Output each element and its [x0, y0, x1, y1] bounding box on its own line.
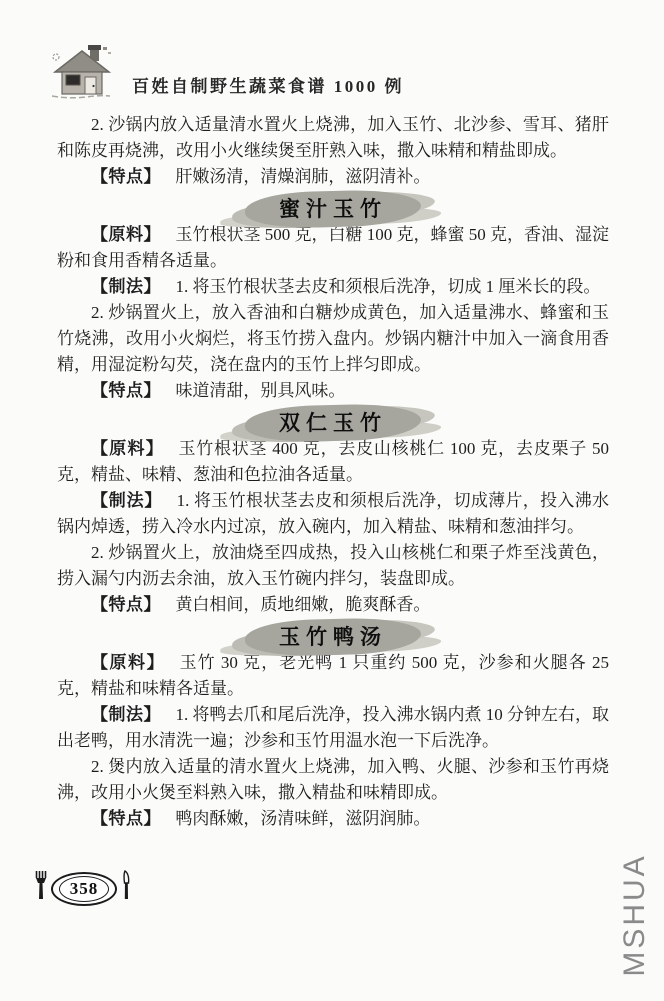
book-page: 百姓自制野生蔬菜食谱 1000 例 2. 沙锅内放入适量清水置火上烧沸，加入玉竹…	[0, 0, 664, 1001]
recipe-3-feature: 【特点】鸭肉酥嫩，汤清味鲜，滋阴润肺。	[57, 806, 609, 832]
feature-label: 【特点】	[91, 381, 161, 400]
recipe-title-yuzhu-yatang: 玉竹鸭汤	[57, 619, 609, 649]
method-label: 【制法】	[91, 277, 161, 296]
ingredients-label: 【原料】	[91, 439, 164, 458]
brush-stroke: 双仁玉竹	[245, 405, 421, 441]
page-content: 2. 沙锅内放入适量清水置火上烧沸，加入玉竹、北沙参、雪耳、猪肝和陈皮再烧沸，改…	[57, 112, 609, 832]
recipe-2-method-step-1: 【制法】1. 将玉竹根状茎去皮和须根后洗净，切成薄片，投入沸水锅内焯透，捞入冷水…	[57, 488, 609, 540]
method-label: 【制法】	[91, 491, 162, 510]
ingredients-label: 【原料】	[91, 225, 161, 244]
recipe-title-shuangren-yuzhu: 双仁玉竹	[57, 405, 609, 435]
house-icon	[46, 44, 116, 107]
recipe-2-method-step-2: 2. 炒锅置火上，放油烧至四成热，投入山核桃仁和栗子炸至浅黄色，捞入漏勺内沥去余…	[57, 540, 609, 592]
brush-stroke: 蜜汁玉竹	[245, 191, 421, 227]
fork-icon	[34, 870, 48, 907]
recipe-1-method-step-1: 【制法】1. 将玉竹根状茎去皮和须根后洗净，切成 1 厘米长的段。	[57, 274, 609, 300]
knife-icon	[120, 870, 132, 907]
watermark-text: MSHUA	[620, 840, 650, 990]
ingredients-label: 【原料】	[91, 653, 165, 672]
recipe-3-ingredients: 【原料】玉竹 30 克，老光鸭 1 只重约 500 克，沙参和火腿各 25 克，…	[57, 650, 609, 702]
recipe-1-feature: 【特点】味道清甜，别具风味。	[57, 378, 609, 404]
book-title: 百姓自制野生蔬菜食谱 1000 例	[132, 72, 404, 107]
page-number: 358	[70, 879, 99, 899]
recipe-3-method-step-2: 2. 煲内放入适量的清水置火上烧沸，加入鸭、火腿、沙参和玉竹再烧沸，改用小火煲至…	[57, 754, 609, 806]
recipe-2-feature: 【特点】黄白相间，质地细嫩，脆爽酥香。	[57, 592, 609, 618]
feature-label: 【特点】	[91, 809, 161, 828]
page-number-badge: 358	[34, 870, 132, 907]
feature-label: 【特点】	[91, 167, 161, 186]
intro-feature: 【特点】肝嫩汤清，清燥润肺，滋阴清补。	[57, 164, 609, 190]
recipe-2-ingredients: 【原料】玉竹根状茎 400 克，去皮山核桃仁 100 克，去皮栗子 50 克，精…	[57, 436, 609, 488]
recipe-1-ingredients: 【原料】玉竹根状茎 500 克，白糖 100 克，蜂蜜 50 克，香油、湿淀粉和…	[57, 222, 609, 274]
brush-stroke: 玉竹鸭汤	[245, 619, 421, 655]
intro-step-2: 2. 沙锅内放入适量清水置火上烧沸，加入玉竹、北沙参、雪耳、猪肝和陈皮再烧沸，改…	[57, 112, 609, 164]
plate-oval: 358	[51, 872, 117, 906]
recipe-title-mizhi-yuzhu: 蜜汁玉竹	[57, 191, 609, 221]
recipe-1-method-step-2: 2. 炒锅置火上，放入香油和白糖炒成黄色，加入适量沸水、蜂蜜和玉竹烧沸，改用小火…	[57, 300, 609, 378]
feature-label: 【特点】	[91, 595, 161, 614]
method-label: 【制法】	[91, 705, 161, 724]
page-header: 百姓自制野生蔬菜食谱 1000 例	[46, 44, 404, 107]
recipe-3-method-step-1: 【制法】1. 将鸭去爪和尾后洗净，投入沸水锅内煮 10 分钟左右，取出老鸭，用水…	[57, 702, 609, 754]
